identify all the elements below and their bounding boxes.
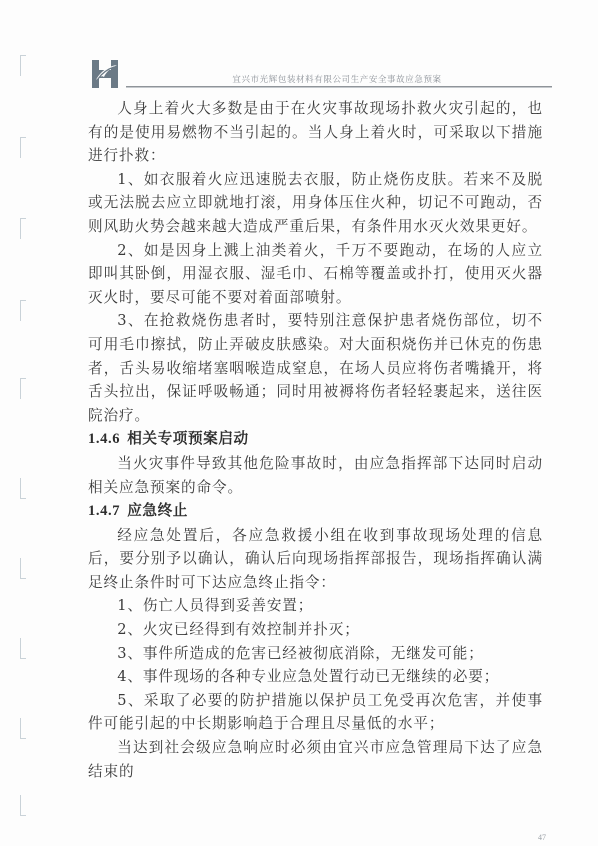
binding-mark <box>20 218 26 239</box>
binding-mark <box>20 55 26 76</box>
header-divider <box>126 86 552 88</box>
binding-mark <box>20 795 26 816</box>
section-number: 1.4.7 <box>88 503 120 519</box>
termination-condition: 3、事件所造成的危害已经被彻底消除，无继发可能； <box>88 642 543 666</box>
document-page: 宜兴市光辉包装材料有限公司生产安全事故应急预案 人身上着火大多数是由于在火灾事故… <box>0 0 598 846</box>
section-paragraph: 经应急处置后，各应急救援小组在收到事故现场处理的信息后，要分别予以确认，确认后向… <box>88 524 543 595</box>
intro-paragraph: 人身上着火大多数是由于在火灾事故现场扑救火灾引起的，也有的是使用易燃物不当引起的… <box>88 97 543 168</box>
fire-item: 2、如是因身上溅上油类着火，千万不要跑动，在场的人应立即叫其卧倒，用湿衣服、湿毛… <box>88 239 543 310</box>
section-title: 相关专项预案启动 <box>127 430 249 447</box>
binding-mark <box>20 137 26 158</box>
binding-mark <box>20 558 26 579</box>
section-heading-1-4-6: 1.4.6相关专项预案启动 <box>88 427 543 452</box>
document-title: 宜兴市光辉包装材料有限公司生产安全事故应急预案 <box>92 73 552 85</box>
fire-item: 1、如衣服着火应迅速脱去衣服，防止烧伤皮肤。若来不及脱或无法脱去应立即就地打滚，… <box>88 168 543 239</box>
termination-condition: 4、事件现场的各种专业应急处置行动已无继续的必要； <box>88 665 543 689</box>
page-number: 47 <box>538 833 546 842</box>
binding-mark <box>20 300 26 321</box>
binding-mark <box>20 638 26 659</box>
fire-item: 3、在抢救烧伤患者时，要特别注意保护患者烧伤部位，切不可用毛巾擦拭，防止弄破皮肤… <box>88 309 543 427</box>
section-number: 1.4.6 <box>88 431 120 447</box>
termination-condition: 2、火灾已经得到有效控制并扑灭； <box>88 618 543 642</box>
binding-mark <box>20 378 26 399</box>
termination-condition: 5、采取了必要的防护措施以保护员工免受再次危害，并使事件可能引起的中长期影响趋于… <box>88 689 543 736</box>
section-paragraph: 当火灾事件导致其他危险事故时，由应急指挥部下达同时启动相关应急预案的命令。 <box>88 452 543 499</box>
document-body: 人身上着火大多数是由于在火灾事故现场扑救火灾引起的，也有的是使用易燃物不当引起的… <box>88 97 543 783</box>
termination-condition: 1、伤亡人员得到妥善安置； <box>88 594 543 618</box>
closing-paragraph: 当达到社会级应急响应时必须由宜兴市应急管理局下达了应急结束的 <box>88 736 543 783</box>
binding-mark <box>20 718 26 739</box>
section-title: 应急终止 <box>127 502 188 519</box>
section-heading-1-4-7: 1.4.7应急终止 <box>88 499 543 524</box>
page-header: 宜兴市光辉包装材料有限公司生产安全事故应急预案 <box>92 60 552 92</box>
binding-mark <box>20 478 26 499</box>
